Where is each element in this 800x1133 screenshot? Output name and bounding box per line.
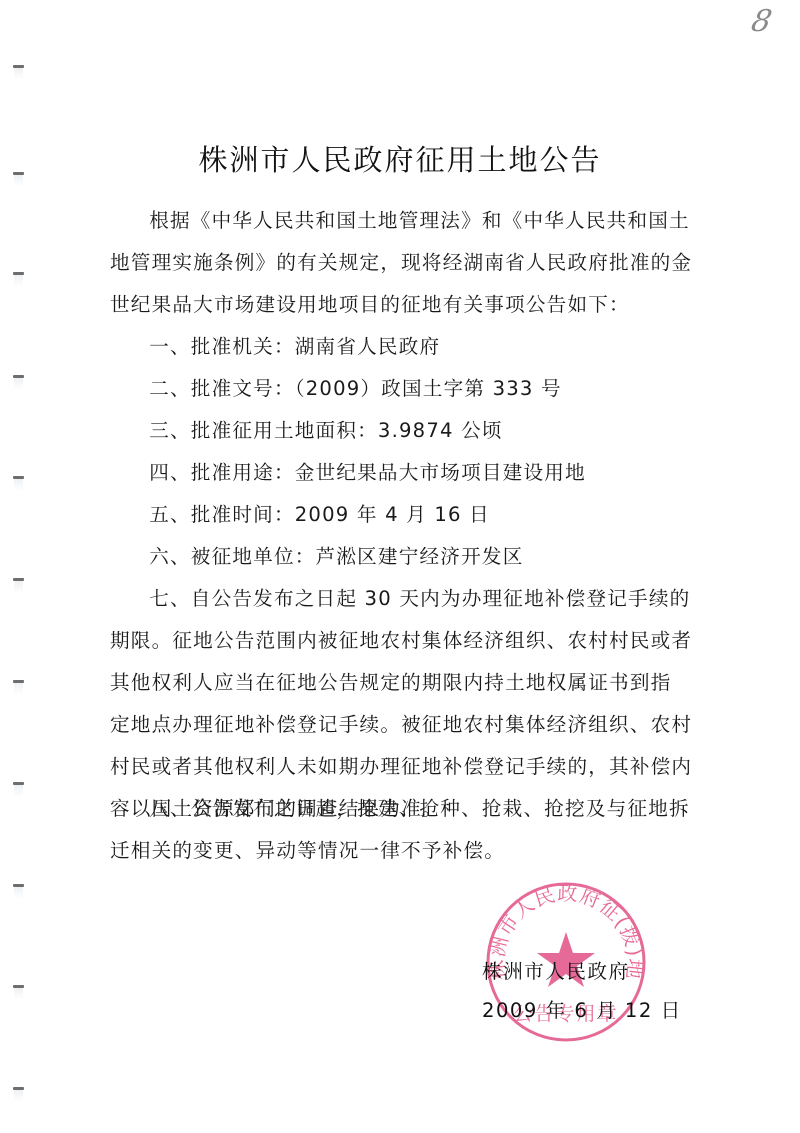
item-value: 金世纪果品大市场项目建设用地 <box>295 461 586 484</box>
margin-mark <box>13 578 24 594</box>
item-eight-paragraph: 八、公告发布之日起，抢建、抢种、抢栽、抢挖及与征地拆 迁相关的变更、异动等情况一… <box>110 788 710 872</box>
item-value: 芦淞区建宁经济开发区 <box>316 545 524 568</box>
intro-line: 地管理实施条例》的有关规定，现将经湖南省人民政府批准的金 <box>110 242 710 284</box>
item-label: 三、批准征用土地面积： <box>149 419 378 442</box>
margin-mark <box>13 884 24 900</box>
paragraph-line: 定地点办理征地补偿登记手续。被征地农村集体经济组织、农村 <box>110 704 710 746</box>
item-label: 六、被征地单位： <box>149 545 315 568</box>
item-value: （2009）政国土字第 333 号 <box>295 377 562 400</box>
margin-mark <box>13 1087 24 1103</box>
document-page: 8 株洲市人民政府征用土地公告 根据《中华人民共和国土地管理法》和《中华人民共和… <box>0 0 800 1133</box>
item-approval-authority: 一、批准机关：湖南省人民政府 <box>110 326 710 368</box>
item-approved-use: 四、批准用途：金世纪果品大市场项目建设用地 <box>110 452 710 494</box>
intro-line: 世纪果品大市场建设用地项目的征地有关事项公告如下： <box>110 284 710 326</box>
item-value: 湖南省人民政府 <box>295 335 441 358</box>
issuer-name: 株洲市人民政府 <box>482 955 630 984</box>
item-label: 一、批准机关： <box>149 335 295 358</box>
item-value: 2009 年 4 月 16 日 <box>295 503 490 526</box>
margin-mark <box>13 985 24 1001</box>
margin-mark <box>13 375 24 391</box>
document-title: 株洲市人民政府征用土地公告 <box>0 138 800 179</box>
paragraph-line: 村民或者其他权利人未如期办理征地补偿登记手续的，其补偿内 <box>110 746 710 788</box>
handwritten-page-number: 8 <box>748 4 775 39</box>
item-label: 五、批准时间： <box>149 503 295 526</box>
margin-mark <box>13 680 24 696</box>
margin-mark <box>13 65 24 81</box>
paragraph-line: 迁相关的变更、异动等情况一律不予补偿。 <box>110 830 710 872</box>
paragraph-line: 期限。征地公告范围内被征地农村集体经济组织、农村村民或者 <box>110 620 710 662</box>
issue-date: 2009 年 6 月 12 日 <box>482 994 682 1023</box>
margin-mark <box>13 476 24 492</box>
intro-paragraph: 根据《中华人民共和国土地管理法》和《中华人民共和国土 地管理实施条例》的有关规定… <box>110 200 710 326</box>
paragraph-line: 七、自公告发布之日起 30 天内为办理征地补偿登记手续的 <box>110 578 710 620</box>
paragraph-line: 八、公告发布之日起，抢建、抢种、抢栽、抢挖及与征地拆 <box>110 788 710 830</box>
item-label: 二、批准文号： <box>149 377 295 400</box>
paragraph-line: 其他权利人应当在征地公告规定的期限内持土地权属证书到指 <box>110 662 710 704</box>
item-value: 3.9874 公顷 <box>378 419 503 442</box>
approval-items-list: 一、批准机关：湖南省人民政府 二、批准文号：（2009）政国土字第 333 号 … <box>110 326 710 578</box>
margin-mark <box>13 272 24 288</box>
item-approval-document-number: 二、批准文号：（2009）政国土字第 333 号 <box>110 368 710 410</box>
margin-mark <box>13 782 24 798</box>
intro-line: 根据《中华人民共和国土地管理法》和《中华人民共和国土 <box>110 200 710 242</box>
item-affected-unit: 六、被征地单位：芦淞区建宁经济开发区 <box>110 536 710 578</box>
item-approved-land-area: 三、批准征用土地面积：3.9874 公顷 <box>110 410 710 452</box>
item-approval-date: 五、批准时间：2009 年 4 月 16 日 <box>110 494 710 536</box>
item-label: 四、批准用途： <box>149 461 295 484</box>
